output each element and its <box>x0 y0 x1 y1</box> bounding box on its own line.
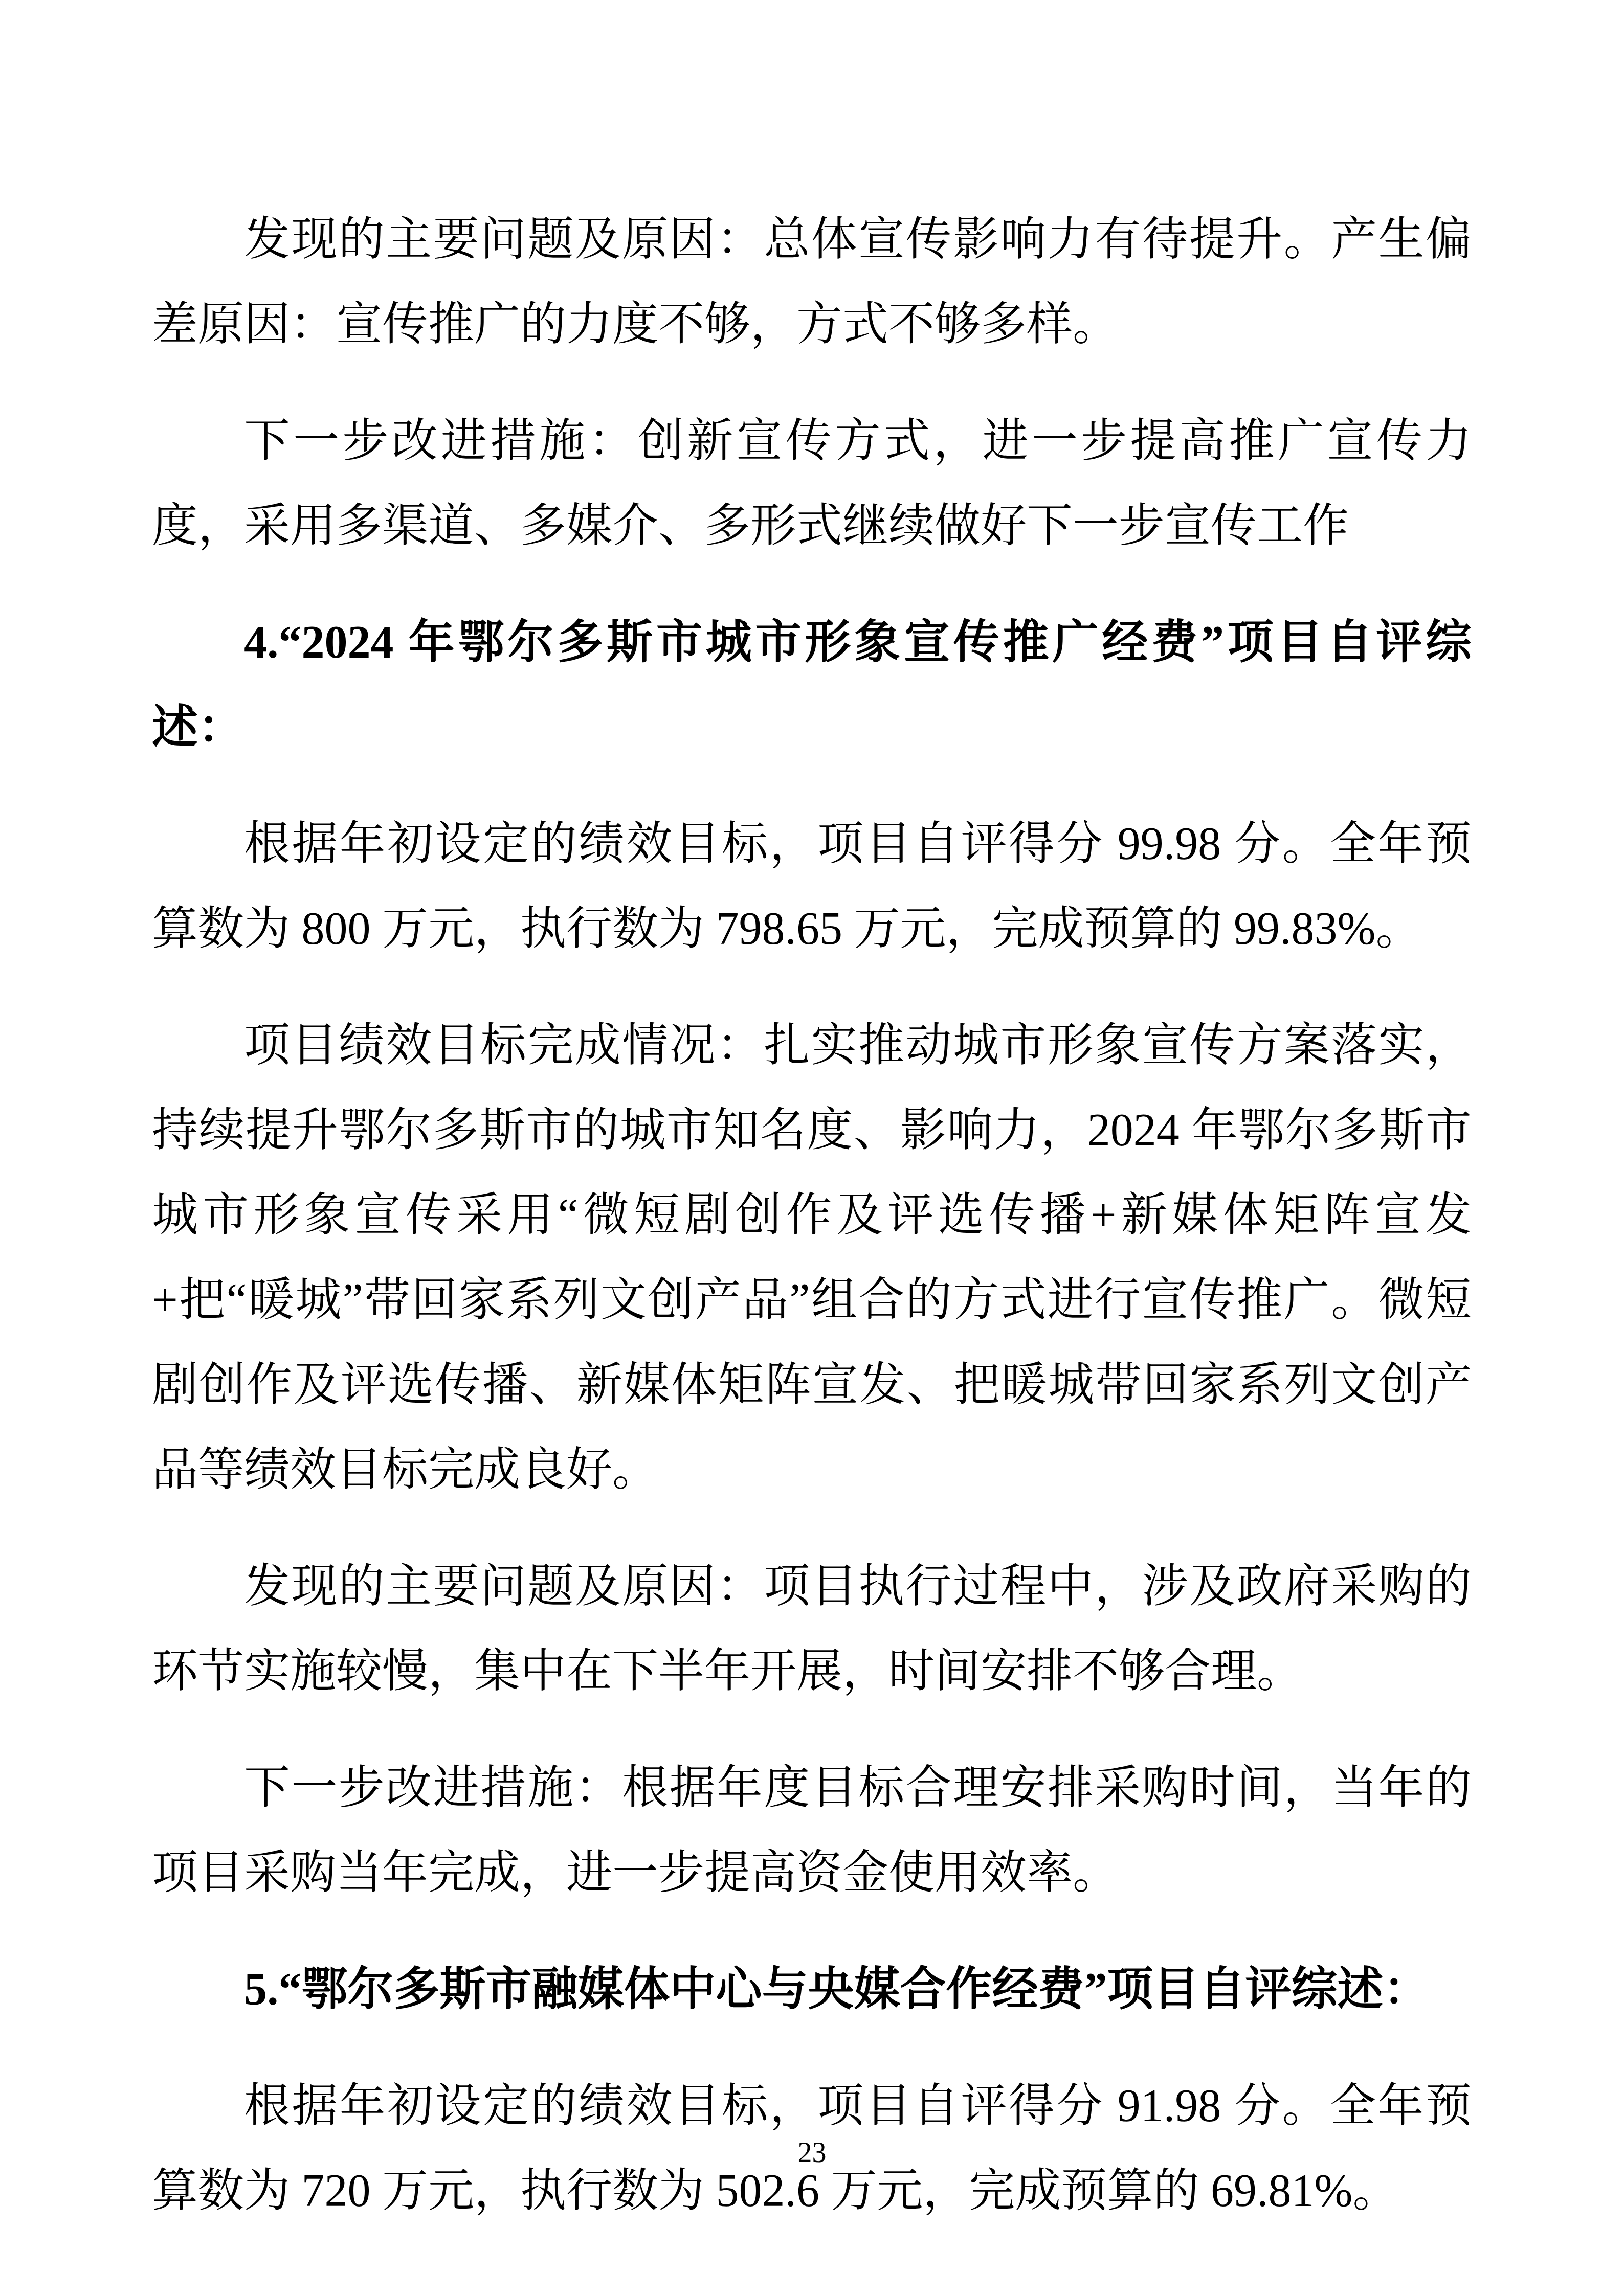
body-paragraph: 根据年初设定的绩效目标，项目自评得分 99.98 分。全年预算数为 800 万元… <box>152 802 1472 972</box>
document-page: 发现的主要问题及原因：总体宣传影响力有待提升。产生偏差原因：宣传推广的力度不够，… <box>0 0 1624 2296</box>
section-heading: 4.“2024 年鄂尔多斯市城市形象宣传推广经费”项目自评综述： <box>152 600 1472 770</box>
section-heading: 5.“鄂尔多斯市融媒体中心与央媒合作经费”项目自评综述： <box>152 1947 1472 2032</box>
body-paragraph: 下一步改进措施：创新宣传方式，进一步提高推广宣传力度，采用多渠道、多媒介、多形式… <box>152 399 1472 569</box>
body-paragraph: 发现的主要问题及原因：总体宣传影响力有待提升。产生偏差原因：宣传推广的力度不够，… <box>152 197 1472 367</box>
body-paragraph: 发现的主要问题及原因：项目执行过程中，涉及政府采购的环节实施较慢，集中在下半年开… <box>152 1544 1472 1714</box>
body-paragraph: 下一步改进措施：根据年度目标合理安排采购时间，当年的项目采购当年完成，进一步提高… <box>152 1746 1472 1916</box>
document-body: 发现的主要问题及原因：总体宣传影响力有待提升。产生偏差原因：宣传推广的力度不够，… <box>152 197 1472 2265</box>
page-number: 23 <box>0 2137 1624 2168</box>
body-paragraph: 项目绩效目标完成情况：扎实推动城市形象宣传方案落实，持续提升鄂尔多斯市的城市知名… <box>152 1003 1472 1513</box>
